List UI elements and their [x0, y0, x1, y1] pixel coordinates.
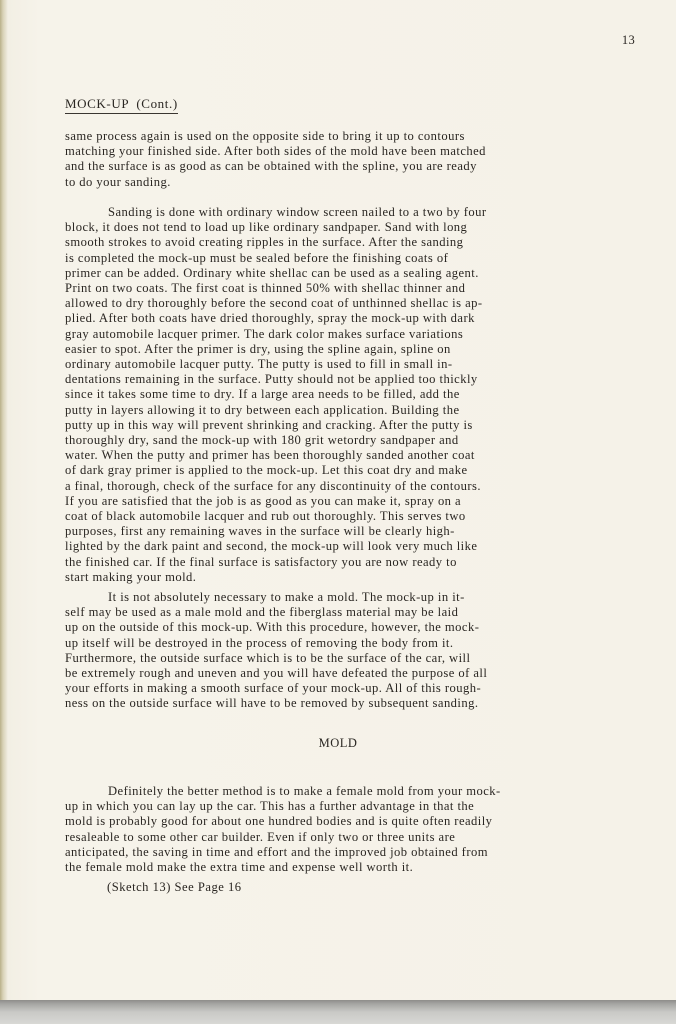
text-line: putty in layers allowing it to dry betwe…	[65, 403, 635, 418]
paragraph-sanding: Sanding is done with ordinary window scr…	[65, 205, 635, 585]
text-line: gray automobile lacquer primer. The dark…	[65, 327, 635, 342]
text-line: is completed the mock-up must be sealed …	[65, 251, 635, 266]
text-line: a final, thorough, check of the surface …	[65, 479, 635, 494]
text-line: resaleable to some other car builder. Ev…	[65, 830, 635, 845]
sketch-reference: (Sketch 13) See Page 16	[107, 880, 242, 895]
text-line: lighted by the dark paint and second, th…	[65, 539, 635, 554]
text-line: up itself will be destroyed in the proce…	[65, 636, 635, 651]
text-line: ness on the outside surface will have to…	[65, 696, 635, 711]
paragraph-male-mold: It is not absolutely necessary to make a…	[65, 590, 635, 712]
document-page: 13 MOCK-UP (Cont.) same process again is…	[0, 0, 676, 1000]
text-line: up on the outside of this mock-up. With …	[65, 620, 635, 635]
text-line: It is not absolutely necessary to make a…	[65, 590, 635, 605]
paragraph-female-mold: Definitely the better method is to make …	[65, 784, 635, 875]
text-line: self may be used as a male mold and the …	[65, 605, 635, 620]
text-line: coat of black automobile lacquer and rub…	[65, 509, 635, 524]
text-line: plied. After both coats have dried thoro…	[65, 311, 635, 326]
text-line: easier to spot. After the primer is dry,…	[65, 342, 635, 357]
text-line: start making your mold.	[65, 570, 635, 585]
text-line: of dark gray primer is applied to the mo…	[65, 463, 635, 478]
text-line: the female mold make the extra time and …	[65, 860, 635, 875]
text-line: since it takes some time to dry. If a la…	[65, 387, 635, 402]
text-line: same process again is used on the opposi…	[65, 129, 635, 144]
text-line: be extremely rough and uneven and you wi…	[65, 666, 635, 681]
text-line: the finished car. If the final surface i…	[65, 555, 635, 570]
text-line: allowed to dry thoroughly before the sec…	[65, 296, 635, 311]
text-line: to do your sanding.	[65, 175, 635, 190]
section-title: MOCK-UP (Cont.)	[65, 96, 178, 114]
mold-heading: MOLD	[0, 736, 676, 751]
text-line: ordinary automobile lacquer putty. The p…	[65, 357, 635, 372]
paragraph-continuation: same process again is used on the opposi…	[65, 129, 635, 190]
text-line: thoroughly dry, sand the mock-up with 18…	[65, 433, 635, 448]
text-line: block, it does not tend to load up like …	[65, 220, 635, 235]
text-line: If you are satisfied that the job is as …	[65, 494, 635, 509]
text-line: anticipated, the saving in time and effo…	[65, 845, 635, 860]
text-line: mold is probably good for about one hund…	[65, 814, 635, 829]
text-line: water. When the putty and primer has bee…	[65, 448, 635, 463]
text-line: Print on two coats. The first coat is th…	[65, 281, 635, 296]
text-line: up in which you can lay up the car. This…	[65, 799, 635, 814]
text-line: Definitely the better method is to make …	[65, 784, 635, 799]
text-line: Sanding is done with ordinary window scr…	[65, 205, 635, 220]
page-bottom-edge	[0, 1000, 676, 1024]
text-line: purposes, first any remaining waves in t…	[65, 524, 635, 539]
text-line: and the surface is as good as can be obt…	[65, 159, 635, 174]
text-line: dentations remaining in the surface. Put…	[65, 372, 635, 387]
text-line: your efforts in making a smooth surface …	[65, 681, 635, 696]
text-line: primer can be added. Ordinary white shel…	[65, 266, 635, 281]
text-line: Furthermore, the outside surface which i…	[65, 651, 635, 666]
text-line: putty up in this way will prevent shrink…	[65, 418, 635, 433]
text-line: matching your finished side. After both …	[65, 144, 635, 159]
text-line: smooth strokes to avoid creating ripples…	[65, 235, 635, 250]
page-number: 13	[622, 33, 635, 48]
